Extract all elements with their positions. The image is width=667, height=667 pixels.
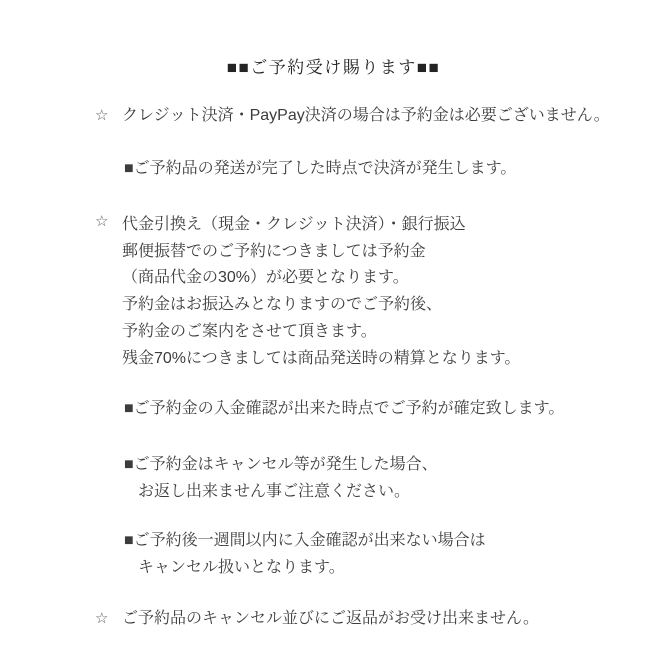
note-deposit-confirmation: ■ご予約金の入金確認が出来た時点でご予約が確定致します。 (0, 399, 667, 418)
section-credit-paypay: ☆ クレジット決済・PayPay決済の場合は予約金は必要ございません。 (0, 106, 667, 125)
notice-line: 代金引換え（現金・クレジット決済）・銀行振込 (122, 212, 667, 239)
notice-line: キャンセル扱いとなります。 (138, 555, 667, 582)
notice-line: 郵便振替でのご予約につきましては予約金 (122, 239, 667, 266)
notice-line: ■ご予約後一週間以内に入金確認が出来ない場合は (124, 528, 667, 555)
notice-line: ご予約品のキャンセル並びにご返品がお受け出来ません。 (122, 609, 667, 628)
star-icon: ☆ (95, 609, 108, 628)
notice-line: 予約金はお振込みとなりますのでご予約後、 (122, 292, 667, 319)
note-shipping-settlement: ■ご予約品の発送が完了した時点で決済が発生します。 (0, 159, 667, 178)
notice-line: クレジット決済・PayPay決済の場合は予約金は必要ございません。 (122, 106, 667, 125)
note-payment-deadline: ■ご予約後一週間以内に入金確認が出来ない場合は キャンセル扱いとなります。 (0, 528, 667, 582)
notice-line: 残金70%につきましては商品発送時の精算となります。 (122, 346, 667, 373)
section-deposit-terms: ☆ 代金引換え（現金・クレジット決済）・銀行振込 郵便振替でのご予約につきまして… (0, 212, 667, 372)
star-icon: ☆ (95, 212, 108, 231)
star-icon: ☆ (95, 106, 108, 125)
notice-line: 予約金のご案内をさせて頂きます。 (122, 319, 667, 346)
notice-line: ■ご予約金の入金確認が出来た時点でご予約が確定致します。 (124, 399, 667, 418)
reservation-notice-sheet: ■■ご予約受け賜ります■■ ☆ クレジット決済・PayPay決済の場合は予約金は… (0, 0, 667, 667)
notice-line: （商品代金の30%）が必要となります。 (122, 265, 667, 292)
notice-line: ■ご予約品の発送が完了した時点で決済が発生します。 (124, 159, 667, 178)
notice-line: ■ご予約金はキャンセル等が発生した場合、 (124, 452, 667, 479)
page-title: ■■ご予約受け賜ります■■ (0, 53, 667, 78)
notice-line: お返し出来ません事ご注意ください。 (138, 479, 667, 506)
section-no-cancellation: ☆ ご予約品のキャンセル並びにご返品がお受け出来ません。 (0, 609, 667, 628)
note-deposit-nonrefundable: ■ご予約金はキャンセル等が発生した場合、 お返し出来ません事ご注意ください。 (0, 452, 667, 506)
